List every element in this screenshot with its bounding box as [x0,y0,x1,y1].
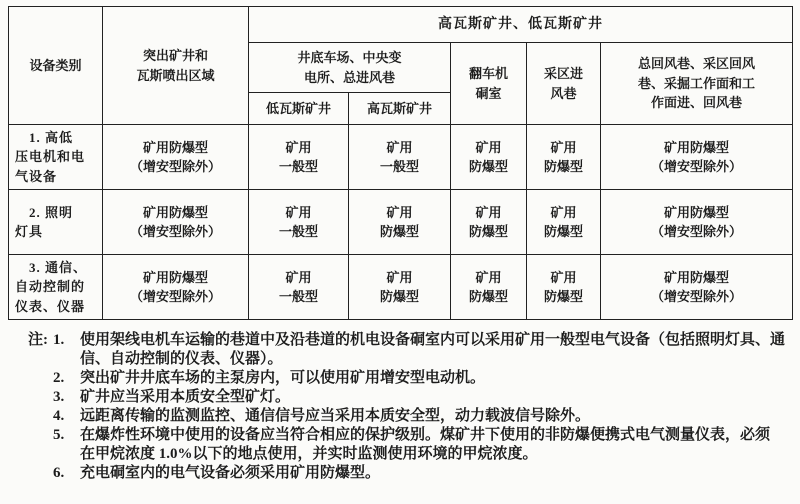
note-item-5: 5. 在爆炸性环境中使用的设备应当符合相应的保护级别。煤矿井下使用的非防爆便携式… [53,426,792,464]
note-text: 矿井应当采用本质安全型矿灯。 [80,388,792,407]
spec-cell: 矿用 一般型 [249,125,349,190]
row-label-lighting: 2. 照明 灯具 [9,190,103,255]
spec-cell: 矿用 防爆型 [451,125,527,190]
spec-cell: 矿用 一般型 [249,255,349,320]
document-page: 设备类别 突出矿井和 瓦斯喷出区域 高瓦斯矿井、低瓦斯矿井 井底车场、中央变 电… [0,0,800,504]
header-equipment-category: 设备类别 [9,7,103,125]
header-intake-airway: 采区进 风巷 [527,43,601,125]
spec-cell: 矿用 防爆型 [451,255,527,320]
note-text: 充电硐室内的电气设备必须采用矿用防爆型。 [80,464,792,483]
header-outburst-area: 突出矿井和 瓦斯喷出区域 [103,7,249,125]
spec-cell: 矿用防爆型 （增安型除外） [103,190,249,255]
note-text: 突出矿井井底车场的主泵房内，可以使用矿用增安型电动机。 [80,369,792,388]
note-item-4: 4. 远距离传输的监测监控、通信信号应当采用本质安全型，动力载波信号除外。 [53,407,792,426]
note-item-1: 1. 使用架线电机车运输的巷道中及沿巷道的机电设备硐室内可以采用矿用一般型电气设… [53,331,792,369]
spec-cell: 矿用 防爆型 [451,190,527,255]
spec-cell: 矿用 防爆型 [349,255,451,320]
notes-label: 注: [28,331,48,350]
table-row-lighting: 2. 照明 灯具 矿用防爆型 （增安型除外） 矿用 一般型 矿用 防爆型 矿用 … [9,190,793,255]
header-high-gas-mine: 高瓦斯矿井 [349,93,451,125]
spec-cell: 矿用防爆型 （增安型除外） [601,255,793,320]
spec-cell: 矿用 一般型 [249,190,349,255]
spec-cell: 矿用 防爆型 [349,190,451,255]
spec-cell: 矿用防爆型 （增安型除外） [601,125,793,190]
spec-cell: 矿用 防爆型 [527,125,601,190]
note-item-2: 2. 突出矿井井底车场的主泵房内，可以使用矿用增安型电动机。 [53,369,792,388]
spec-cell: 矿用防爆型 （增安型除外） [103,255,249,320]
note-text: 在爆炸性环境中使用的设备应当符合相应的保护级别。煤矿井下使用的非防爆便携式电气测… [80,426,792,464]
equipment-spec-table: 设备类别 突出矿井和 瓦斯喷出区域 高瓦斯矿井、低瓦斯矿井 井底车场、中央变 电… [8,6,793,320]
header-low-gas-mine: 低瓦斯矿井 [249,93,349,125]
header-row-1: 设备类别 突出矿井和 瓦斯喷出区域 高瓦斯矿井、低瓦斯矿井 [9,7,793,43]
notes-section: 注: 1. 使用架线电机车运输的巷道中及沿巷道的机电设备硐室内可以采用矿用一般型… [8,331,792,483]
note-number: 1. [53,331,80,369]
note-text: 使用架线电机车运输的巷道中及沿巷道的机电设备硐室内可以采用矿用一般型电气设备（包… [80,331,792,369]
note-number: 2. [53,369,80,388]
spec-cell: 矿用 防爆型 [527,190,601,255]
note-number: 4. [53,407,80,426]
spec-cell: 矿用 防爆型 [527,255,601,320]
table-row-communication: 3. 通信、 自动控制的 仪表、仪器 矿用防爆型 （增安型除外） 矿用 一般型 … [9,255,793,320]
table-row-motors: 1. 高低 压电机和电 气设备 矿用防爆型 （增安型除外） 矿用 一般型 矿用 … [9,125,793,190]
spec-cell: 矿用防爆型 （增安型除外） [103,125,249,190]
row-label-motors: 1. 高低 压电机和电 气设备 [9,125,103,190]
header-pit-bottom-yard: 井底车场、中央变 电所、总进风巷 [249,43,451,93]
header-gassy-mines-group: 高瓦斯矿井、低瓦斯矿井 [249,7,793,43]
header-return-airway: 总回风巷、采区回风 巷、采掘工作面和工 作面进、回风巷 [601,43,793,125]
note-number: 3. [53,388,80,407]
note-item-3: 3. 矿井应当采用本质安全型矿灯。 [53,388,792,407]
row-label-communication: 3. 通信、 自动控制的 仪表、仪器 [9,255,103,320]
note-item-6: 6. 充电硐室内的电气设备必须采用矿用防爆型。 [53,464,792,483]
header-tippler-chamber: 翻车机 硐室 [451,43,527,125]
note-text: 远距离传输的监测监控、通信信号应当采用本质安全型，动力载波信号除外。 [80,407,792,426]
note-number: 5. [53,426,80,464]
spec-cell: 矿用防爆型 （增安型除外） [601,190,793,255]
note-number: 6. [53,464,80,483]
spec-cell: 矿用 一般型 [349,125,451,190]
